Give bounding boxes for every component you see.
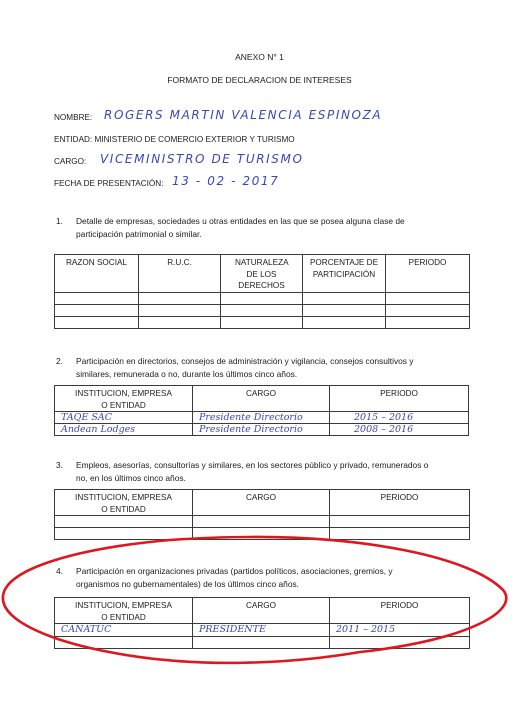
fecha-value: 13 - 02 - 2017 — [172, 174, 279, 188]
cell-cargo: Presidente Directorio — [193, 424, 330, 436]
header-institucion: INSTITUCION, EMPRESA O ENTIDAD — [55, 386, 193, 412]
header-porcentaje: PORCENTAJE DE PARTICIPACIÓN — [303, 255, 386, 293]
cell — [55, 304, 139, 316]
cell — [139, 304, 221, 316]
header-institucion: INSTITUCION, EMPRESA O ENTIDAD — [55, 490, 193, 516]
table-row — [55, 528, 470, 540]
cell — [330, 528, 470, 540]
section-4-line2: organismos no gubernamentales) de los úl… — [76, 578, 299, 591]
cell-periodo: 2015 – 2016 — [330, 412, 469, 424]
cell — [193, 528, 330, 540]
cell — [55, 637, 193, 649]
table-header-row: INSTITUCION, EMPRESA O ENTIDAD CARGO PER… — [55, 598, 470, 624]
section-2-number: 2. — [56, 355, 63, 368]
header-naturaleza: NATURALEZA DE LOS DERECHOS — [221, 255, 303, 293]
cell-institucion: TAQE SAC — [55, 412, 193, 424]
table-section-4: INSTITUCION, EMPRESA O ENTIDAD CARGO PER… — [54, 597, 470, 649]
fecha-label: FECHA DE PRESENTACIÓN: — [54, 179, 164, 188]
table-section-1: RAZON SOCIAL R.U.C. NATURALEZA DE LOS DE… — [54, 254, 470, 329]
header-periodo: PERIODO — [330, 490, 470, 516]
table-row — [55, 304, 470, 316]
entidad-value: MINISTERIO DE COMERCIO EXTERIOR Y TURISM… — [95, 135, 295, 144]
cell-institucion: CANATUC — [55, 624, 193, 637]
header-institucion: INSTITUCION, EMPRESA O ENTIDAD — [55, 598, 193, 624]
section-3-line2: no, en los últimos cinco años. — [76, 472, 186, 485]
cell — [139, 292, 221, 304]
table-section-2: INSTITUCION, EMPRESA O ENTIDAD CARGO PER… — [54, 385, 469, 436]
header-periodo: PERIODO — [330, 598, 470, 624]
header-cargo: CARGO — [193, 490, 330, 516]
section-1-line2: participación patrimonial o similar. — [76, 228, 202, 241]
cell — [55, 516, 193, 528]
table-row — [55, 316, 470, 328]
header-razon-social: RAZON SOCIAL — [55, 255, 139, 293]
section-1-question: 1. Detalle de empresas, sociedades u otr… — [56, 215, 496, 241]
section-4-line1: Participación en organizaciones privadas… — [76, 565, 393, 578]
header-cargo: CARGO — [193, 386, 330, 412]
table-header-row: RAZON SOCIAL R.U.C. NATURALEZA DE LOS DE… — [55, 255, 470, 293]
section-4-question: 4. Participación en organizaciones priva… — [56, 565, 496, 591]
section-3-number: 3. — [56, 459, 63, 472]
table-row: CANATUC PRESIDENTE 2011 – 2015 — [55, 624, 470, 637]
section-2-question: 2. Participación en directorios, consejo… — [56, 355, 496, 381]
table-row — [55, 292, 470, 304]
section-2-line2: similares, remunerada o no, durante los … — [76, 368, 297, 381]
cell-periodo: 2008 – 2016 — [330, 424, 469, 436]
cell — [330, 516, 470, 528]
cell — [221, 292, 303, 304]
entidad-label-text: ENTIDAD: — [54, 135, 92, 144]
cell — [303, 304, 386, 316]
cell-cargo: PRESIDENTE — [193, 624, 330, 637]
cell — [330, 637, 470, 649]
table-header-row: INSTITUCION, EMPRESA O ENTIDAD CARGO PER… — [55, 490, 470, 516]
header-ruc: R.U.C. — [139, 255, 221, 293]
cell — [386, 316, 470, 328]
entidad-label: ENTIDAD: MINISTERIO DE COMERCIO EXTERIOR… — [54, 135, 295, 144]
cell — [55, 316, 139, 328]
cell — [303, 316, 386, 328]
cell — [139, 316, 221, 328]
cell — [386, 304, 470, 316]
cell — [221, 304, 303, 316]
section-2-line1: Participación en directorios, consejos d… — [76, 355, 414, 368]
cell — [55, 292, 139, 304]
header-periodo: PERIODO — [386, 255, 470, 293]
table-header-row: INSTITUCION, EMPRESA O ENTIDAD CARGO PER… — [55, 386, 469, 412]
cell — [386, 292, 470, 304]
cargo-value: VICEMINISTRO DE TURISMO — [100, 152, 304, 166]
nombre-label: NOMBRE: — [54, 113, 92, 122]
nombre-value: ROGERS MARTIN VALENCIA ESPINOZA — [104, 108, 382, 122]
cargo-label: CARGO: — [54, 157, 86, 166]
table-row: Andean Lodges Presidente Directorio 2008… — [55, 424, 469, 436]
cell — [303, 292, 386, 304]
cell — [193, 637, 330, 649]
cell-institucion: Andean Lodges — [55, 424, 193, 436]
table-row — [55, 516, 470, 528]
cell-cargo: Presidente Directorio — [193, 412, 330, 424]
header-cargo: CARGO — [193, 598, 330, 624]
table-row: TAQE SAC Presidente Directorio 2015 – 20… — [55, 412, 469, 424]
cell — [55, 528, 193, 540]
cell-periodo: 2011 – 2015 — [330, 624, 470, 637]
section-1-number: 1. — [56, 215, 63, 228]
table-row — [55, 637, 470, 649]
cell — [221, 316, 303, 328]
document-title: FORMATO DE DECLARACION DE INTERESES — [0, 75, 519, 85]
section-3-line1: Empleos, asesorías, consultorías y simil… — [76, 459, 428, 472]
section-3-question: 3. Empleos, asesorías, consultorías y si… — [56, 459, 496, 485]
annex-heading: ANEXO N° 1 — [0, 52, 519, 62]
section-4-number: 4. — [56, 565, 63, 578]
header-periodo: PERIODO — [330, 386, 469, 412]
cell — [193, 516, 330, 528]
table-section-3: INSTITUCION, EMPRESA O ENTIDAD CARGO PER… — [54, 489, 470, 540]
section-1-line1: Detalle de empresas, sociedades u otras … — [76, 215, 405, 228]
